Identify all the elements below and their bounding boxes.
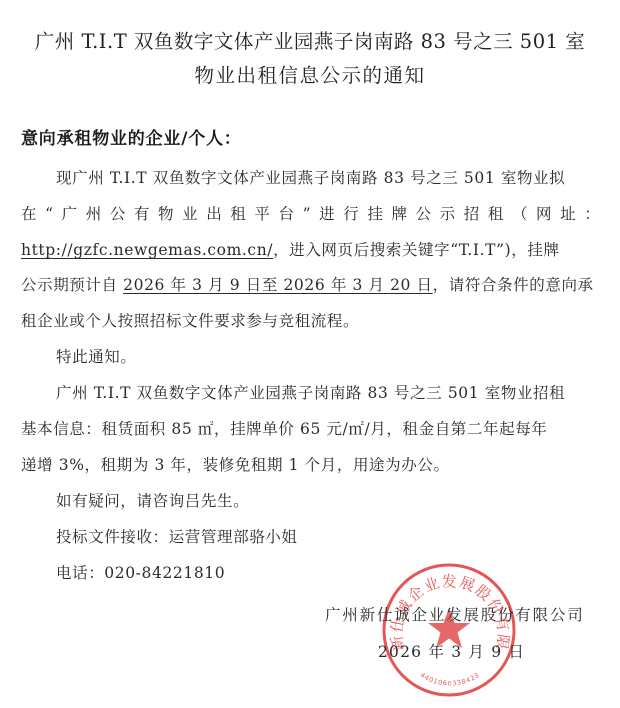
paragraph1-line5: 租企业或个人按照招标文件要求参与竞租流程。: [21, 309, 587, 331]
paragraph2-line2: 基本信息：租赁面积 85 ㎡，挂牌单价 65 元/㎡/月，租金自第二年起每年: [21, 417, 587, 439]
paragraph1-line2: 在“广州公有物业出租平台”进行挂牌公示招租（网址：: [21, 202, 587, 224]
salutation: 意向承租物业的企业/个人：: [21, 124, 242, 149]
paragraph1-line4-pre: 公示期预计自: [21, 276, 123, 294]
document-title-line-2: 物业出租信息公示的通知: [0, 60, 620, 88]
bid-receiver: 投标文件接收：运营管理部骆小姐: [56, 525, 587, 547]
publicity-period-dates: 2026 年 3 月 9 日至 2026 年 3 月 20 日: [123, 276, 433, 294]
paragraph1-line1: 现广州 T.I.T 双鱼数字文体产业园燕子岗南路 83 号之三 501 室物业拟: [56, 166, 587, 188]
seal-number: 4401060338423: [419, 671, 481, 688]
notice-closing: 特此通知。: [56, 345, 587, 367]
paragraph1-line4: 公示期预计自 2026 年 3 月 9 日至 2026 年 3 月 20 日，请…: [21, 273, 587, 295]
paragraph1-line3-rest: ，进入网页后搜索关键字“T.I.T”)，挂牌: [273, 241, 559, 259]
paragraph2-line1: 广州 T.I.T 双鱼数字文体产业园燕子岗南路 83 号之三 501 室物业招租: [56, 381, 587, 403]
platform-url-link[interactable]: http://gzfc.newgemas.com.cn/: [21, 241, 273, 259]
paragraph2-line3: 递增 3%，租期为 3 年，装修免租期 1 个月，用途为办公。: [21, 453, 587, 475]
notice-document: 广州 T.I.T 双鱼数字文体产业园燕子岗南路 83 号之三 501 室 物业出…: [0, 0, 620, 708]
paragraph1-line4-post: ，请符合条件的意向承: [433, 276, 594, 294]
signature-company: 广州新仕诚企业发展股份有限公司: [325, 603, 585, 625]
company-seal-stamp: 广州新仕诚企业发展股份有限公司 4401060338423: [381, 562, 517, 698]
paragraph1-line3: http://gzfc.newgemas.com.cn/，进入网页后搜索关键字“…: [21, 238, 587, 260]
inquiry-contact: 如有疑问，请咨询吕先生。: [56, 489, 587, 511]
signature-date: 2026 年 3 月 9 日: [378, 640, 525, 662]
document-title-line-1: 广州 T.I.T 双鱼数字文体产业园燕子岗南路 83 号之三 501 室: [0, 26, 620, 54]
svg-text:4401060338423: 4401060338423: [419, 671, 481, 688]
